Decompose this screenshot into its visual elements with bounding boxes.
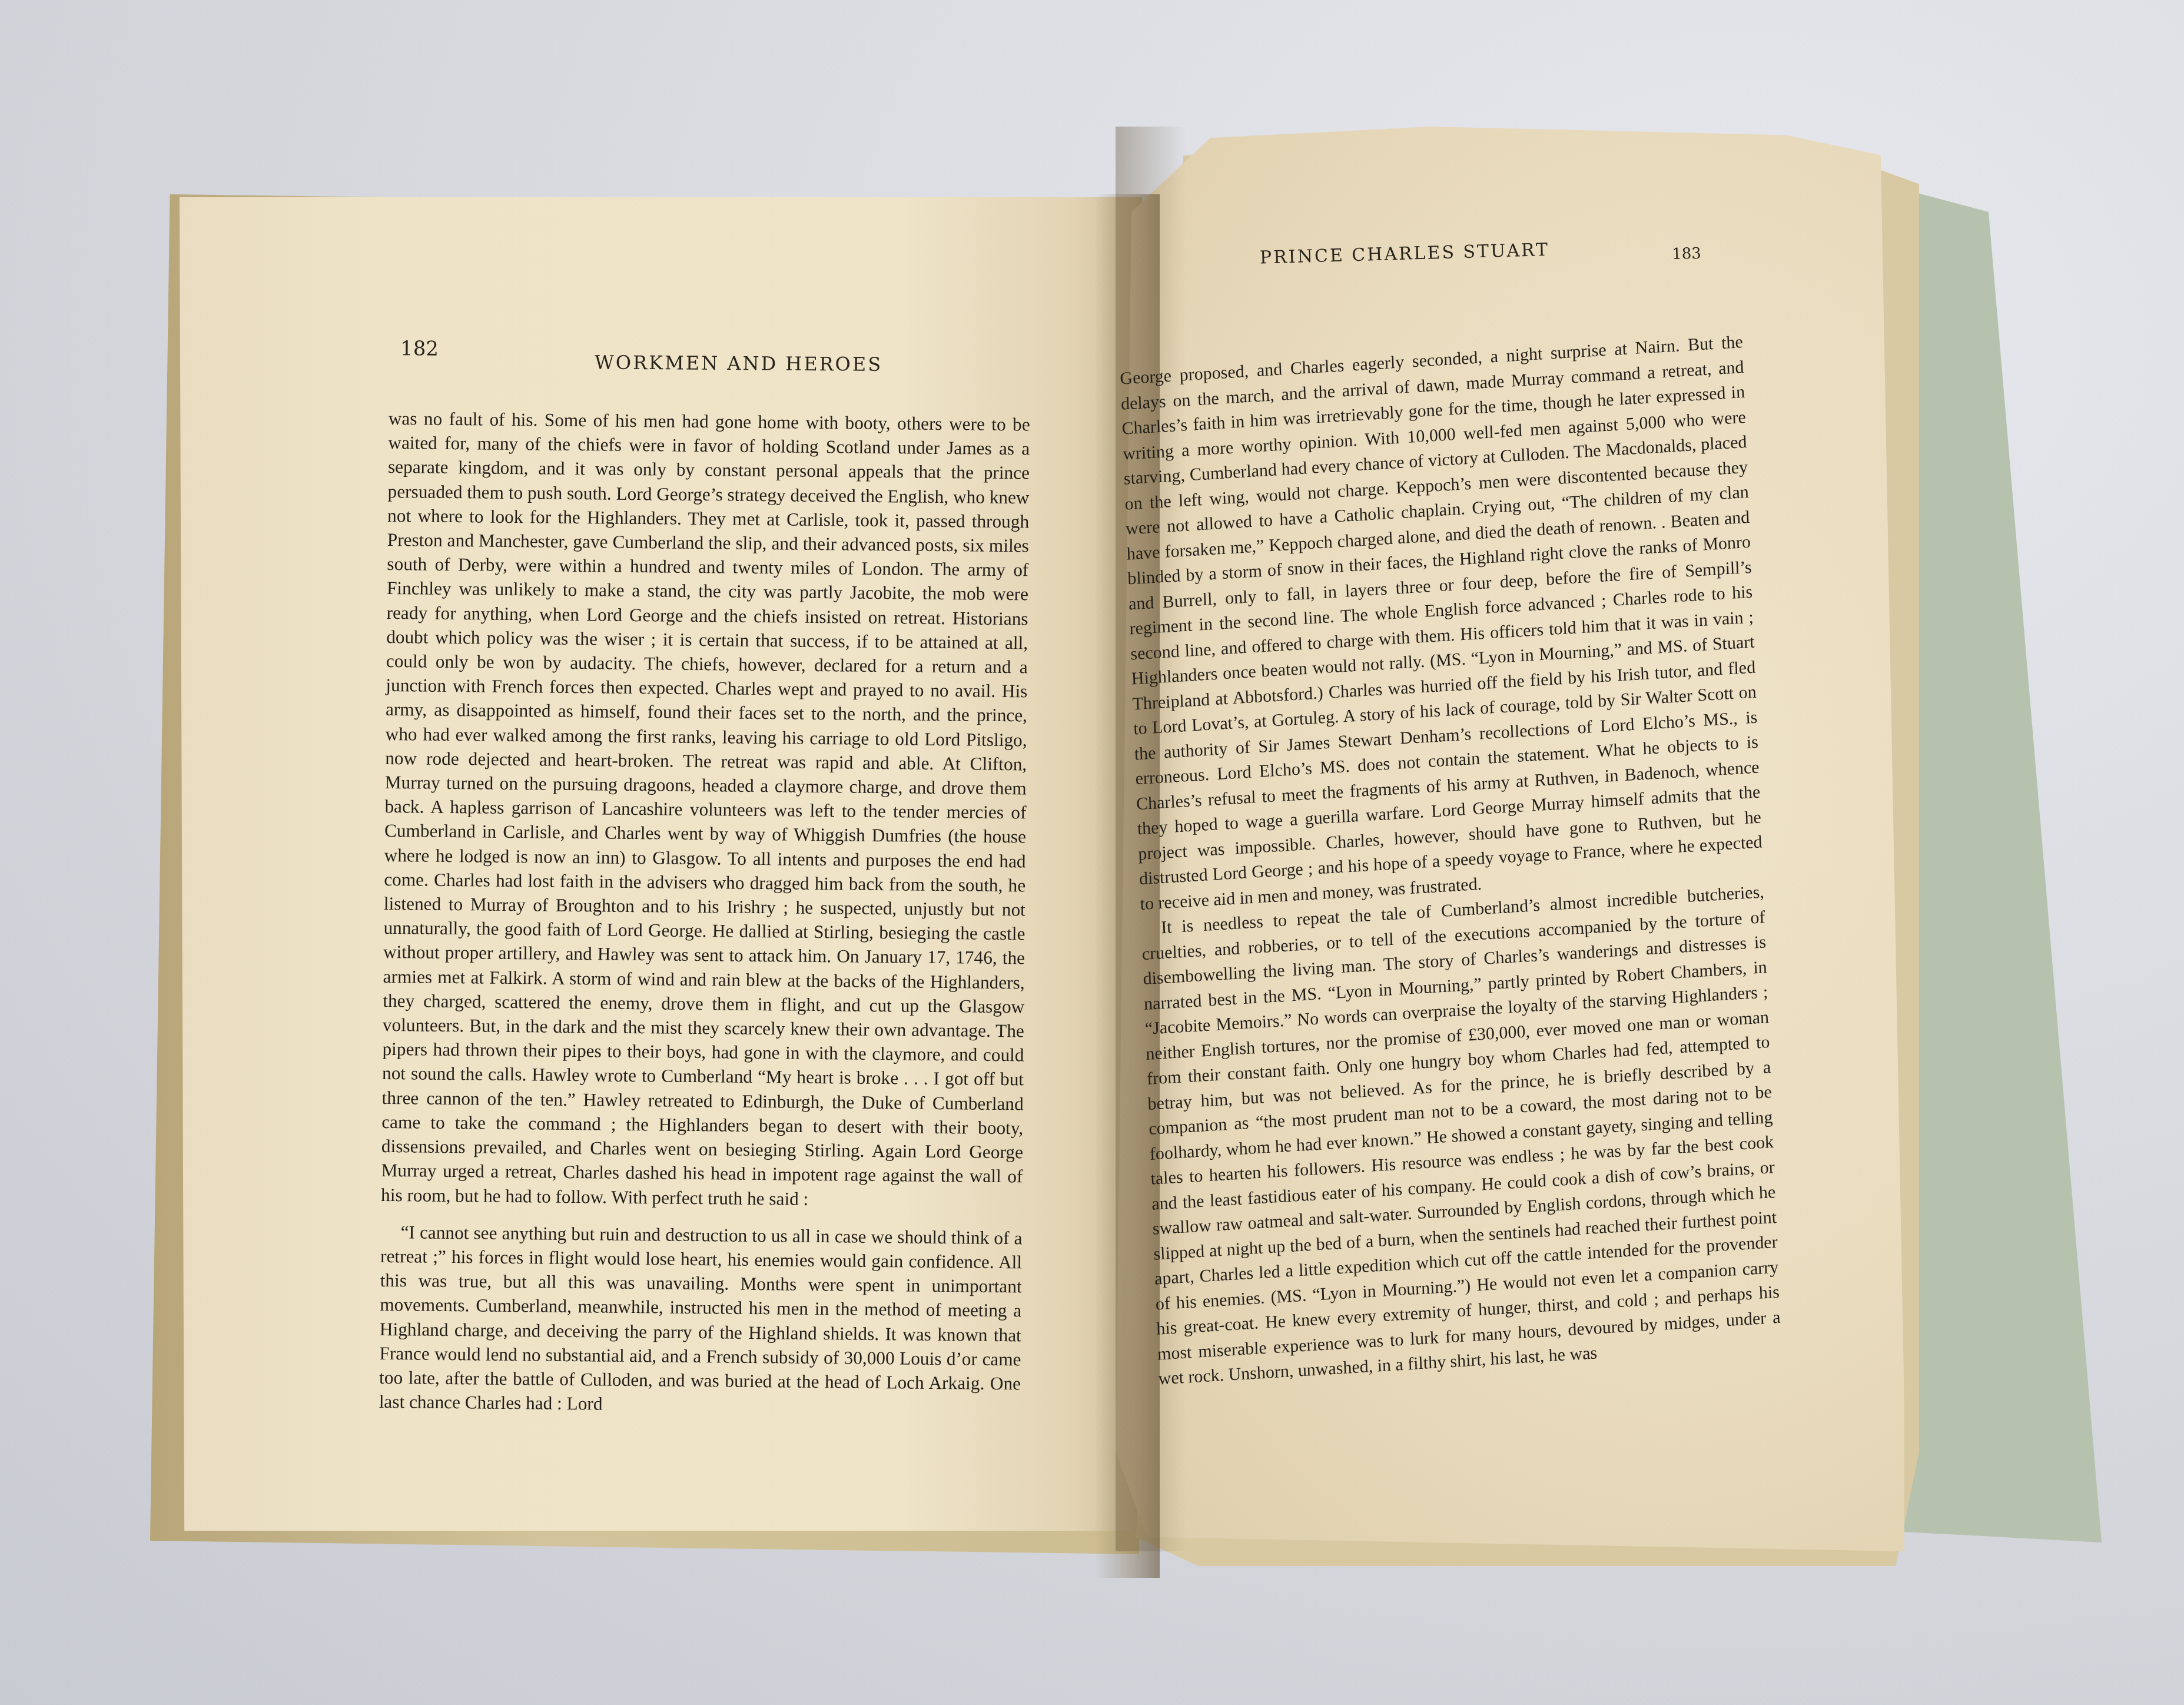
right-paragraph-2: It is needless to repeat the tale of Cum…: [1141, 880, 1782, 1392]
page-number-right: 183: [1672, 245, 1701, 263]
left-page-body: was no fault of his. Some of his men had…: [379, 406, 1030, 1420]
left-page-header: 182 WORKMEN AND HEROES: [400, 333, 1048, 385]
running-head-left: WORKMEN AND HEROES: [595, 351, 882, 375]
right-page-body: George proposed, and Charles eagerly sec…: [1120, 330, 1782, 1392]
open-book: 182 WORKMEN AND HEROES was no fault of h…: [0, 0, 2184, 1705]
running-head-right: PRINCE CHARLES STUART: [1260, 240, 1550, 268]
left-paragraph-1: was no fault of his. Some of his men had…: [381, 406, 1030, 1213]
left-paragraph-2: “I cannot see anything but ruin and dest…: [379, 1220, 1023, 1420]
right-paragraph-1: George proposed, and Charles eagerly sec…: [1120, 330, 1764, 917]
page-number-left: 182: [400, 337, 439, 360]
